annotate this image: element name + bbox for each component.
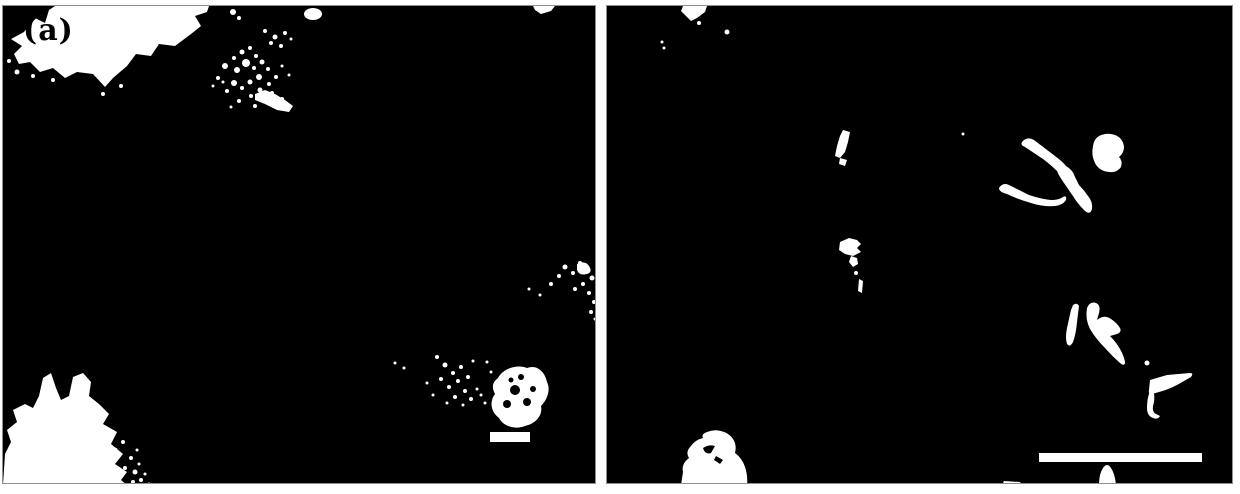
particle-patch-top [304, 8, 322, 20]
speckle-cluster-upper [212, 29, 293, 109]
nanorod-curved [999, 184, 1066, 206]
scale-bar-right-panel [1039, 453, 1202, 462]
particle-bump-top-right [533, 6, 555, 14]
platelet-triangle [1149, 373, 1192, 394]
speckle-group-right-edge [528, 261, 597, 321]
particle-bean [1092, 134, 1124, 172]
micrograph-left-image [3, 6, 596, 484]
speckle-group-bottom-middle [394, 355, 493, 407]
particle-cloud-bottom-left [3, 373, 127, 484]
particle-blob-bottom-left [681, 430, 747, 484]
nanorod-small-nub [839, 158, 847, 166]
elongated-speckle [255, 90, 293, 112]
particle-notch-top [681, 6, 707, 21]
particle-mound-bottom [1099, 465, 1116, 484]
micrograph-right-image [607, 6, 1233, 484]
micrograph-panel-right [606, 5, 1233, 484]
sliver-hook [1147, 390, 1160, 419]
small-specks-upper-left [661, 21, 965, 136]
scale-bar-left-panel [490, 432, 530, 442]
crystal-sliver-left [1066, 304, 1079, 346]
right-panel-features [661, 6, 1203, 484]
crystal-wing-right [1086, 303, 1125, 365]
bottom-edge-mark [1002, 481, 1022, 484]
micrograph-panel-left: (a) [2, 5, 596, 484]
small-dot-mid-right [1145, 361, 1150, 366]
left-panel-features [3, 6, 596, 484]
fragment-cluster-middle [839, 238, 863, 293]
nanorod-small-vertical [835, 130, 850, 158]
panel-label-a: (a) [23, 16, 74, 46]
micrograph-figure: (a) [0, 0, 1240, 494]
